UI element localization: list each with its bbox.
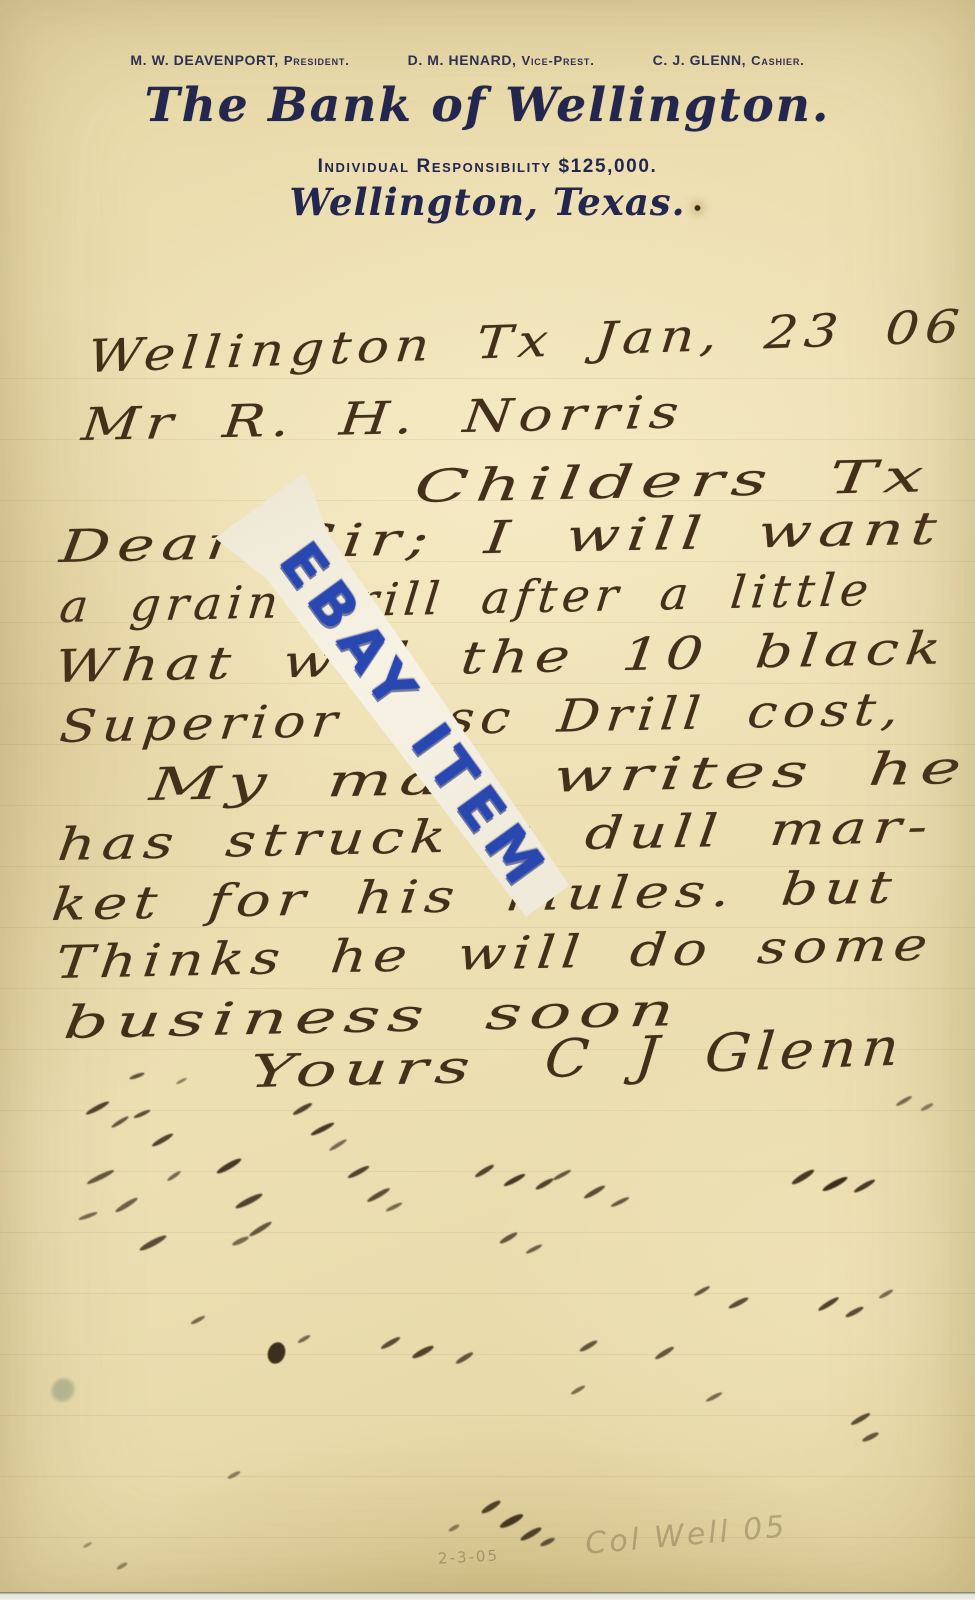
letter-scan: M. W. DEAVENPORT, President. D. M. HENAR… <box>0 0 975 1600</box>
ink-smudge <box>85 1100 110 1117</box>
officer-title: President. <box>284 53 350 68</box>
letter-line: Dear Sir; I will want <box>57 501 946 573</box>
ink-smudge <box>151 1132 174 1148</box>
ink-smudge <box>693 1285 711 1297</box>
ink-smudge <box>86 1168 115 1186</box>
officer-name: M. W. DEAVENPORT, <box>130 52 278 68</box>
ink-smudge <box>297 1334 311 1344</box>
bank-name: The Bank of Wellington. <box>0 78 975 133</box>
ink-smudge <box>579 1339 599 1353</box>
ink-smudge <box>234 1192 263 1211</box>
responsibility-line: Individual Responsibility $125,000. <box>0 156 975 178</box>
ink-smudge <box>227 1470 241 1480</box>
letter-line-addressee: Mr R. H. Norris <box>79 385 687 451</box>
ink-smudge <box>215 1156 242 1175</box>
ink-smudge <box>878 1288 894 1299</box>
letter-line: Superior disc Drill cost, <box>57 682 907 753</box>
ink-smudge <box>535 1177 555 1191</box>
officer-title: Cashier. <box>751 53 804 68</box>
ink-smudge <box>455 1351 475 1366</box>
ink-smudge <box>503 1172 527 1188</box>
ink-smudge <box>817 1296 840 1313</box>
letterhead-officers: M. W. DEAVENPORT, President. D. M. HENAR… <box>0 52 935 68</box>
ink-smudge <box>292 1101 314 1116</box>
ink-smudge <box>570 1384 586 1395</box>
teal-smudge <box>47 1374 79 1407</box>
ink-smudge <box>821 1175 849 1193</box>
ink-smudge <box>853 1178 876 1194</box>
letter-line-date: Wellington Tx Jan, 23 06 <box>86 299 968 383</box>
ink-smudge <box>728 1296 750 1310</box>
ink-smudge <box>539 1536 556 1548</box>
ink-smudge <box>844 1305 864 1319</box>
officer-name: D. M. HENARD, <box>408 52 517 68</box>
letter-line: What will the 10 black <box>52 621 950 693</box>
ink-smudge <box>166 1170 181 1182</box>
scan-bottom-edge <box>0 1592 975 1600</box>
ink-smudge <box>790 1168 815 1187</box>
letter-signature: C J Glenn <box>542 1017 906 1090</box>
ink-smudge <box>480 1499 502 1516</box>
ink-smudge <box>265 1340 288 1366</box>
pencil-note-left: 2-3-05 <box>438 1546 500 1567</box>
ink-smudge <box>920 1102 934 1112</box>
ink-smudge <box>610 1196 630 1208</box>
ink-smudge <box>519 1525 543 1542</box>
officer-title: Vice-Prest. <box>522 53 595 68</box>
pencil-note-right: Col Well 05 <box>584 1509 789 1562</box>
ink-smudge <box>895 1095 913 1107</box>
ink-smudge <box>861 1431 879 1443</box>
ink-smudge <box>78 1211 98 1222</box>
letter-line: Thinks he will do some <box>53 918 936 990</box>
letter-closing: Yours <box>247 1040 480 1098</box>
ink-smudge <box>175 1077 187 1085</box>
ink-smudge <box>138 1233 167 1252</box>
ink-smudge <box>347 1164 371 1180</box>
ink-smudge <box>448 1523 460 1532</box>
ink-smudge <box>129 1071 145 1080</box>
ink-smudge <box>133 1109 151 1120</box>
ink-smudge <box>654 1345 675 1361</box>
ink-smudge <box>499 1231 519 1245</box>
ink-smudge <box>82 1541 92 1548</box>
location-line: Wellington, Texas. <box>0 180 975 224</box>
ink-smudge <box>114 1196 139 1214</box>
ink-smudge <box>366 1186 391 1203</box>
officer-president: M. W. DEAVENPORT, President. <box>130 52 349 68</box>
ink-smudge <box>498 1512 524 1530</box>
ink-smudge <box>474 1163 495 1179</box>
officer-vice-president: D. M. HENARD, Vice-Prest. <box>408 52 595 68</box>
ink-smudge <box>231 1235 249 1247</box>
ink-smudge <box>705 1391 723 1403</box>
ink-smudge <box>525 1243 543 1255</box>
ink-smudge <box>552 1169 572 1182</box>
ink-smudge <box>248 1220 273 1238</box>
ink-smudge <box>583 1184 606 1200</box>
ink-smudge <box>110 1115 129 1129</box>
officer-cashier: C. J. GLENN, Cashier. <box>653 52 805 68</box>
ink-smudge <box>116 1561 128 1570</box>
ink-smudge <box>380 1335 402 1350</box>
paper-stain-dot <box>694 204 701 212</box>
ink-smudge <box>310 1121 335 1137</box>
ink-smudge <box>850 1411 872 1426</box>
ink-smudge <box>328 1138 347 1152</box>
ink-smudge <box>385 1201 403 1212</box>
ink-smudge <box>411 1344 435 1361</box>
ink-smudge <box>190 1314 206 1325</box>
officer-name: C. J. GLENN, <box>653 52 747 68</box>
letter-line: a grain drill after a little <box>57 563 876 633</box>
